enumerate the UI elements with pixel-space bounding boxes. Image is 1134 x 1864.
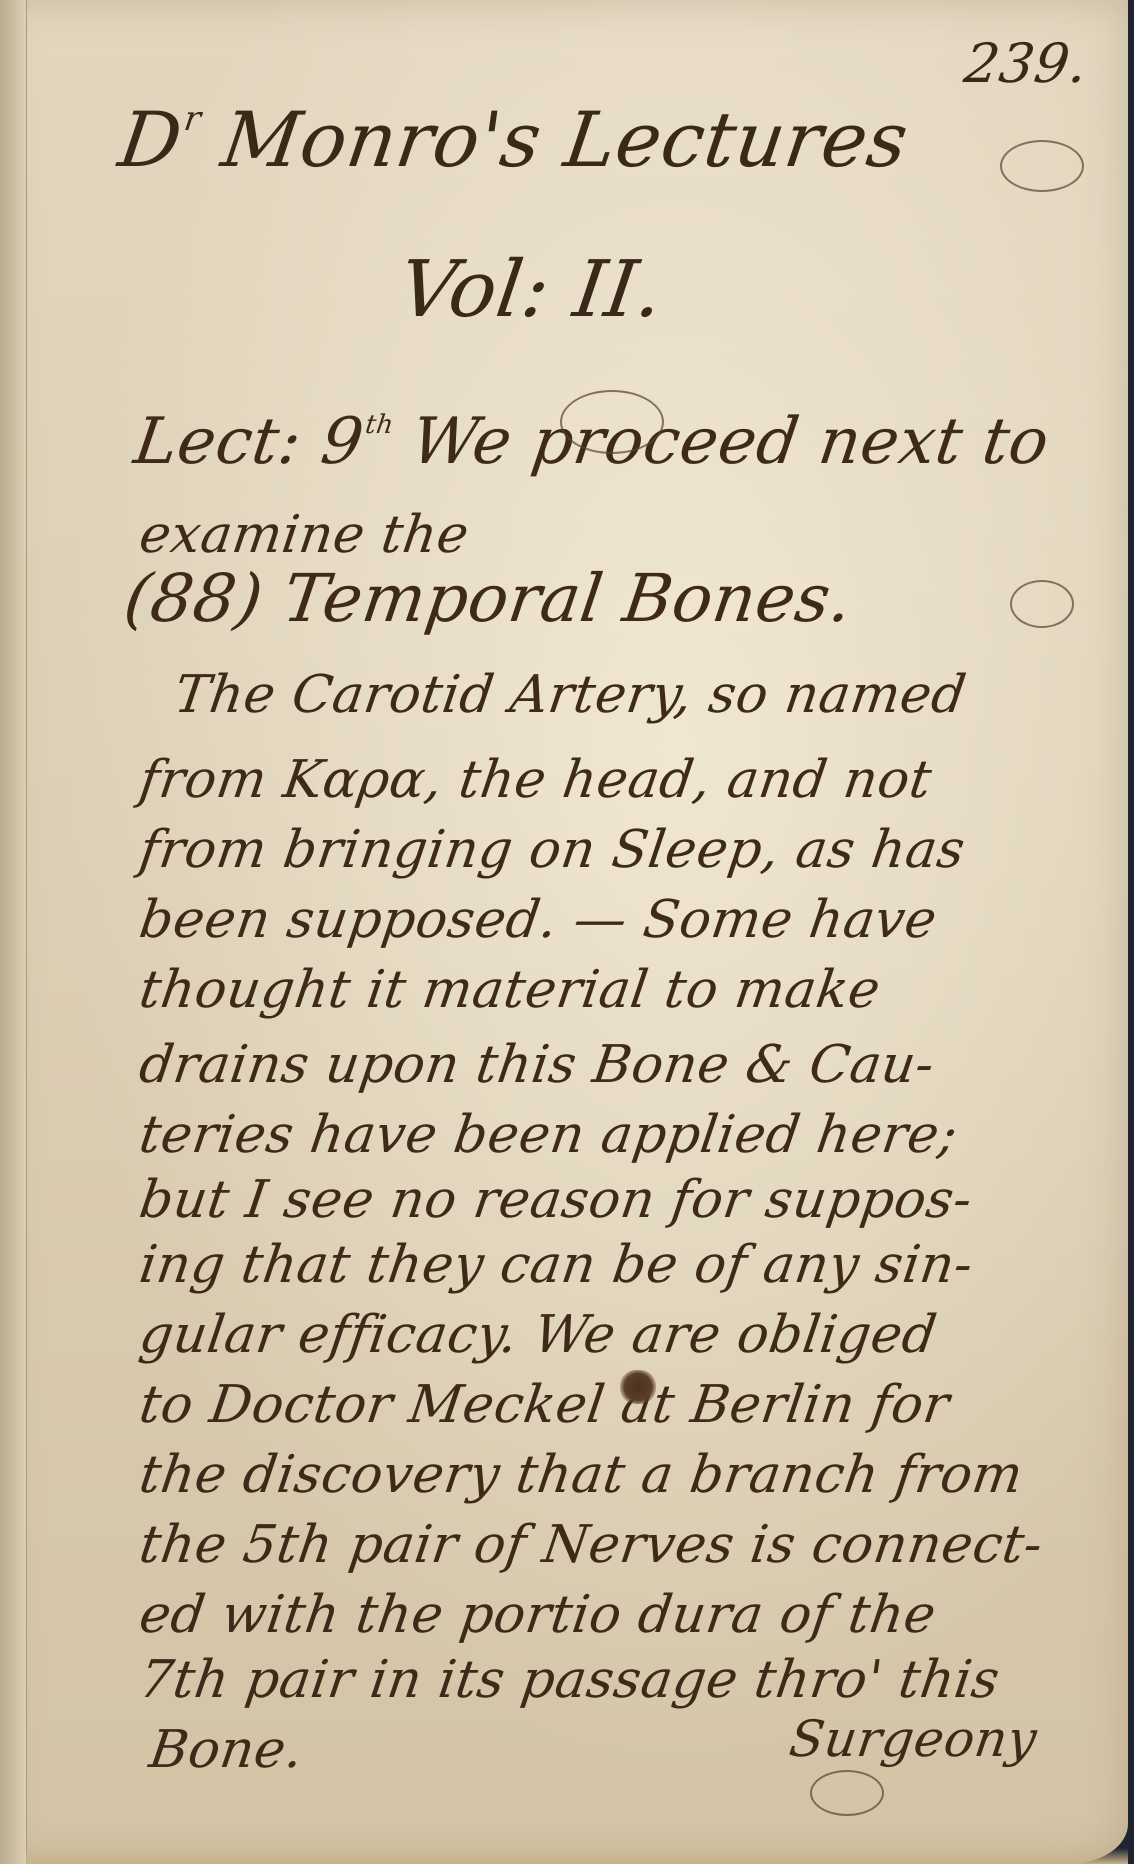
binding-gutter [0,0,27,1864]
lecture-opening: We proceed next to [407,405,1054,479]
text-line: the 5th pair of Nerves is connect- [136,1515,1047,1575]
text-line: to Doctor Meckel at Berlin for [136,1375,953,1435]
text-line: from Καρα, the head, and not [136,750,936,810]
text-line: examine the [136,505,473,565]
text-line: from bringing on Sleep, as has [136,820,969,880]
text-line: teries have been applied here; [136,1105,961,1165]
title-flourish-icon [1000,140,1084,192]
ink-blot [620,1370,656,1404]
page-number: 239. [961,32,1092,95]
text-line: ing that they can be of any sin- [136,1235,977,1295]
text-line: thought it material to make [136,960,884,1020]
title-prefix-sup: r [182,99,204,139]
title-prefix: D [114,95,188,184]
text-line: been supposed. — Some have [136,890,941,950]
text-line: but I see no reason for suppos- [136,1170,976,1230]
heading-flourish-icon [1010,580,1074,628]
page-title: Dr Monro's Lectures [114,95,914,184]
volume-heading: Vol: II. [394,245,669,335]
page-bottom-edge [26,1848,1128,1864]
section-heading: (88) Temporal Bones. [120,560,857,637]
lecture-label: Lect: 9 [130,405,368,479]
catchword-flourish-icon [810,1770,884,1816]
text-line: 7th pair in its passage thro' this [136,1650,1003,1710]
catchword: Surgeony [786,1710,1041,1768]
title-text: Monro's Lectures [217,95,914,184]
text-line: the discovery that a branch from [136,1445,1027,1505]
lecture-flourish-icon [560,390,664,454]
lecture-label-sup: th [363,410,395,440]
text-line: The Carotid Artery, so named [171,665,970,725]
manuscript-page: 239. Dr Monro's Lectures Vol: II. Lect: … [0,0,1128,1864]
text-line: Bone. [146,1720,307,1780]
text-line: gular efficacy. We are obliged [136,1305,941,1365]
text-line: drains upon this Bone & Cau- [136,1035,938,1095]
text-line: ed with the portio dura of the [136,1585,940,1645]
